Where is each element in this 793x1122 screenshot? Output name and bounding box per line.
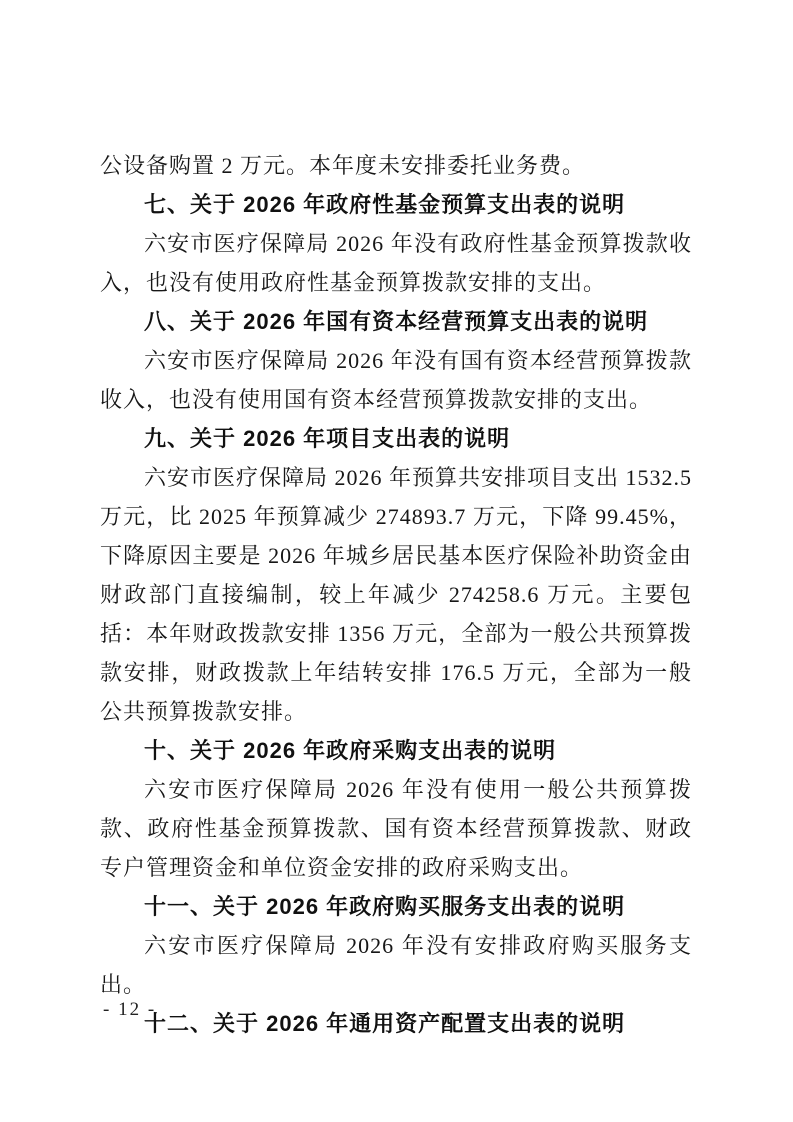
document-body: 公设备购置 2 万元。本年度未安排委托业务费。七、关于 2026 年政府性基金预… xyxy=(100,146,692,1043)
page-number: - 12 - xyxy=(103,999,156,1021)
body-paragraph: 六安市医疗保障局 2026 年没有政府性基金预算拨款收入，也没有使用政府性基金预… xyxy=(100,224,692,302)
body-paragraph: 六安市医疗保障局 2026 年预算共安排项目支出 1532.5 万元，比 202… xyxy=(100,458,692,731)
body-paragraph: 公设备购置 2 万元。本年度未安排委托业务费。 xyxy=(100,146,692,185)
body-paragraph: 六安市医疗保障局 2026 年没有安排政府购买服务支出。 xyxy=(100,926,692,1004)
section-heading: 十、关于 2026 年政府采购支出表的说明 xyxy=(100,731,692,770)
body-paragraph: 六安市医疗保障局 2026 年没有国有资本经营预算拨款收入，也没有使用国有资本经… xyxy=(100,341,692,419)
section-heading: 八、关于 2026 年国有资本经营预算支出表的说明 xyxy=(100,302,692,341)
section-heading: 十二、关于 2026 年通用资产配置支出表的说明 xyxy=(100,1004,692,1043)
body-paragraph: 六安市医疗保障局 2026 年没有使用一般公共预算拨款、政府性基金预算拨款、国有… xyxy=(100,770,692,887)
section-heading: 九、关于 2026 年项目支出表的说明 xyxy=(100,419,692,458)
document-page: 公设备购置 2 万元。本年度未安排委托业务费。七、关于 2026 年政府性基金预… xyxy=(0,0,793,1122)
section-heading: 十一、关于 2026 年政府购买服务支出表的说明 xyxy=(100,887,692,926)
section-heading: 七、关于 2026 年政府性基金预算支出表的说明 xyxy=(100,185,692,224)
